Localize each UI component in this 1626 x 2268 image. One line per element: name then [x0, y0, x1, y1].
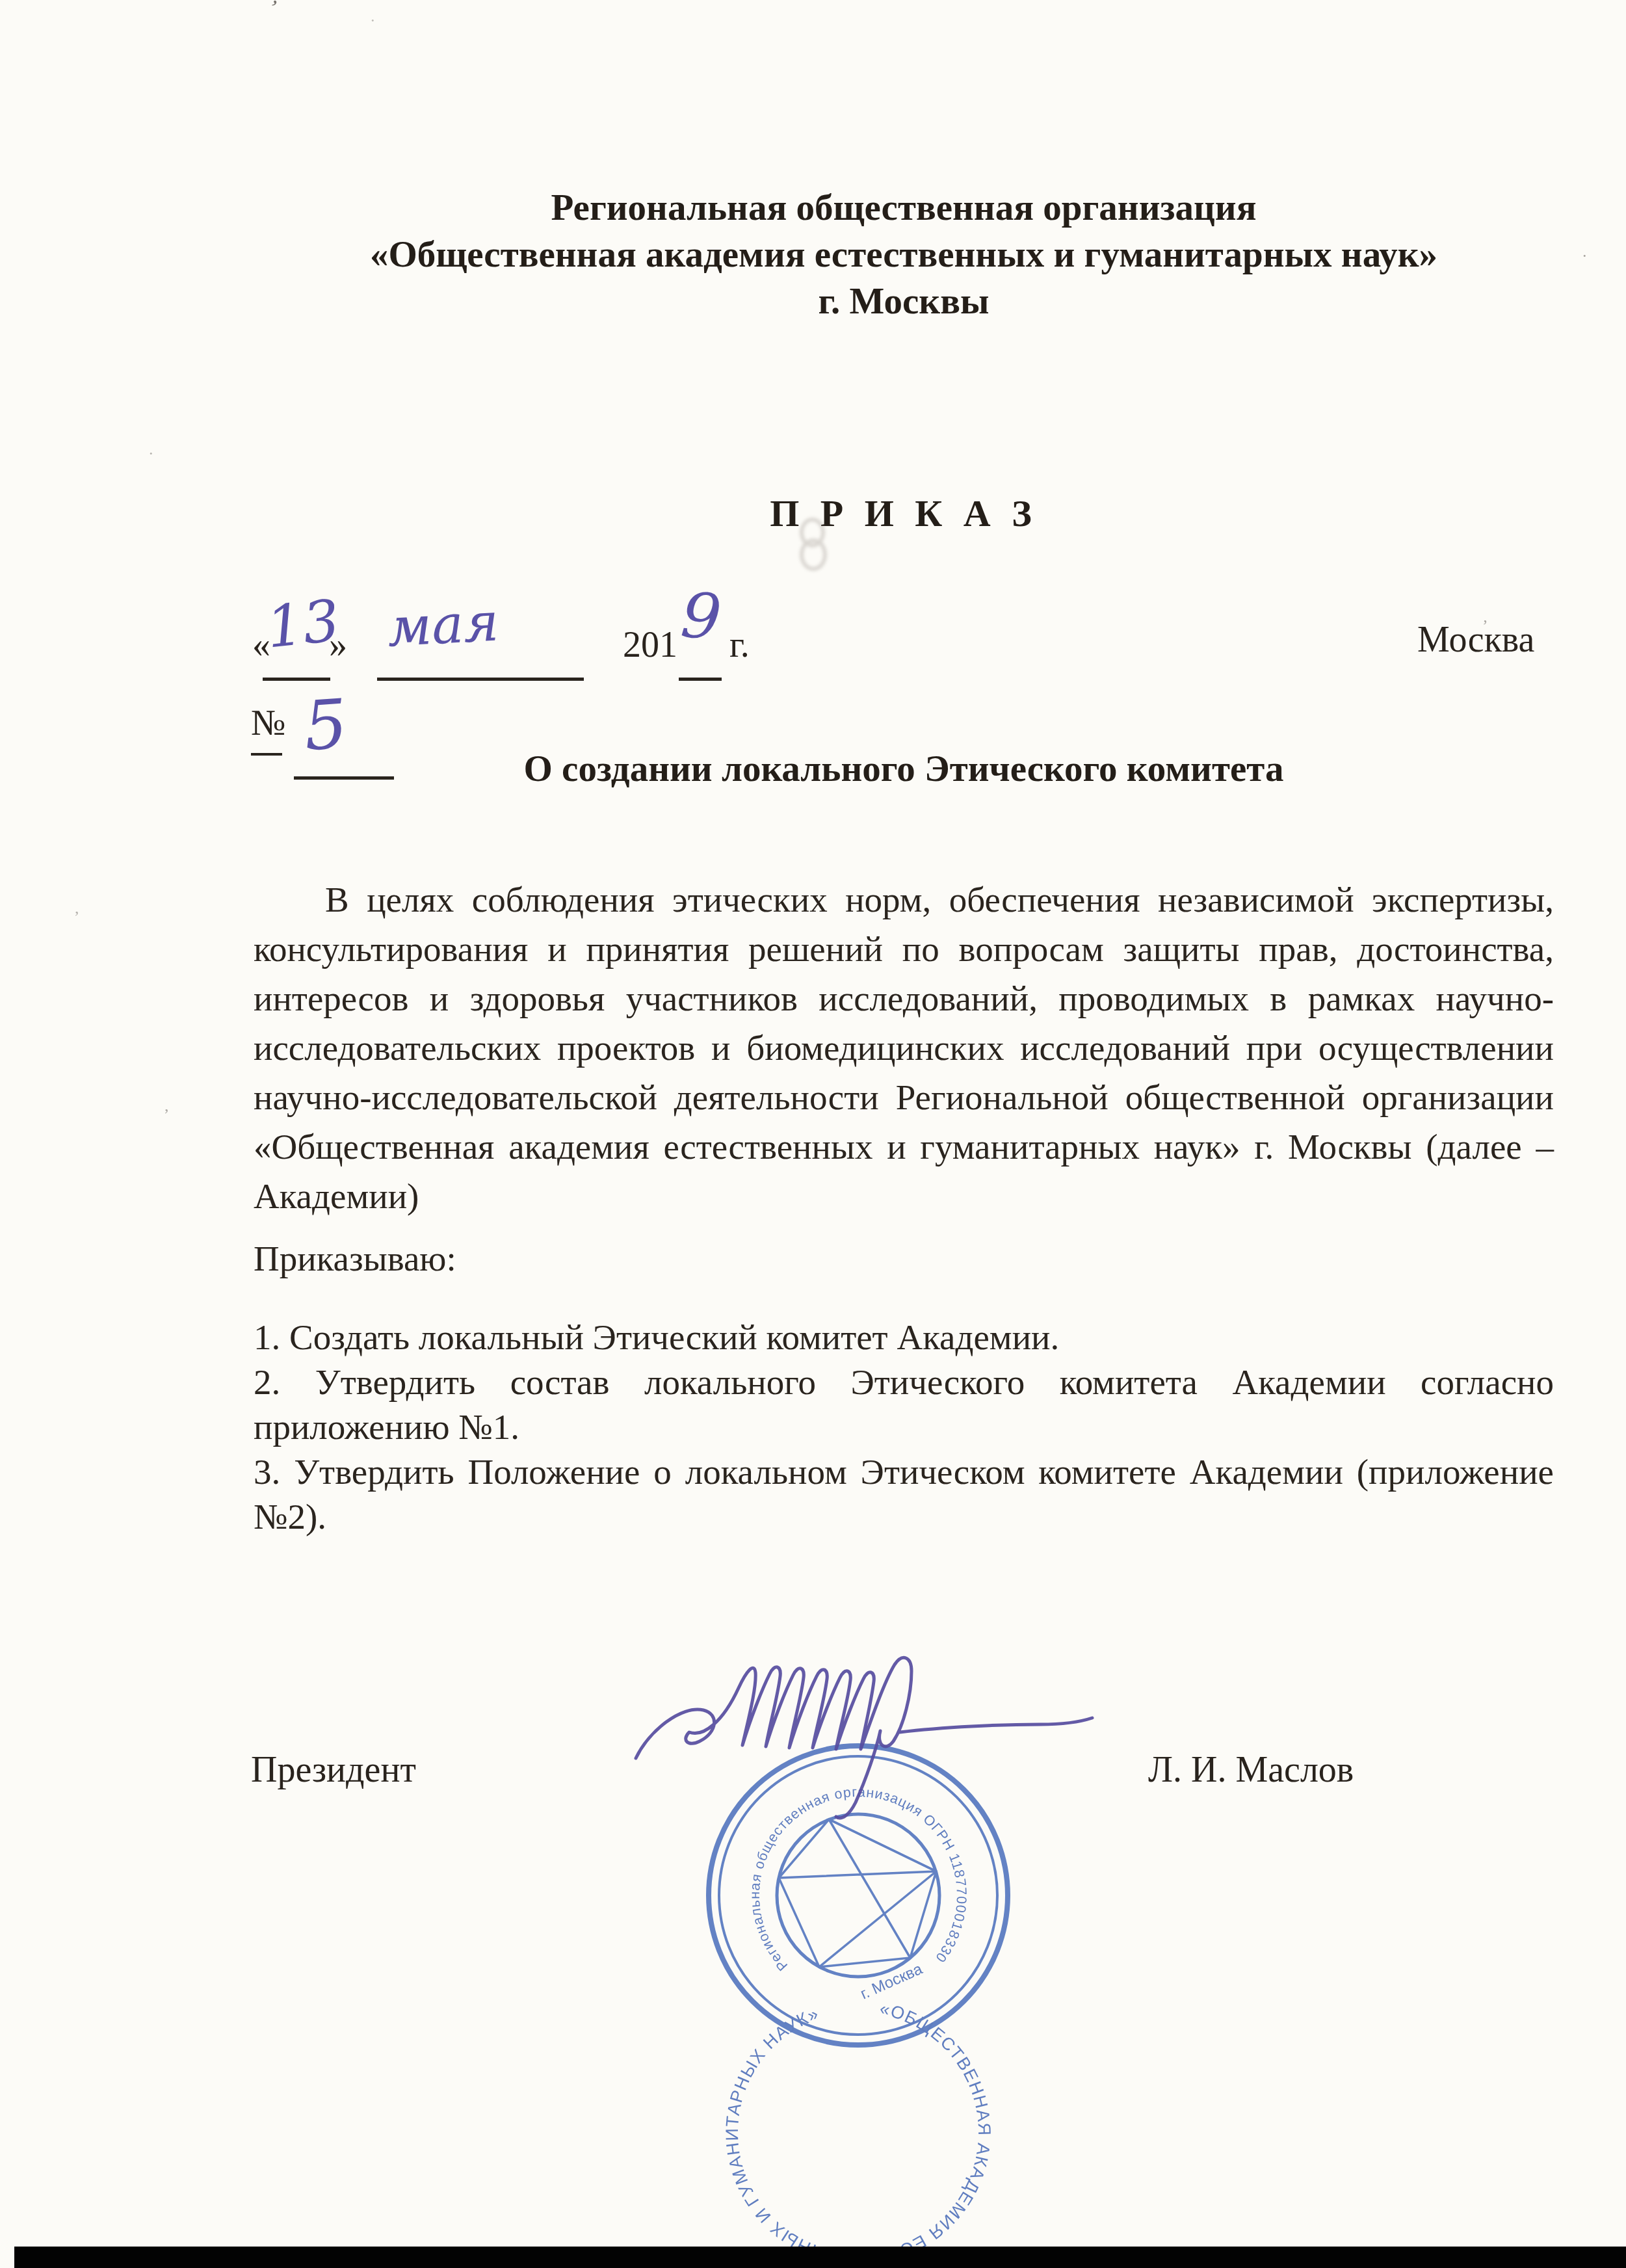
- order-items: 1. Создать локальный Этический комитет А…: [254, 1315, 1554, 1539]
- signatory-name: Л. И. Маслов: [1148, 1749, 1354, 1791]
- order-heading: П Р И К А З: [254, 492, 1554, 535]
- order-number-label: №: [251, 702, 285, 744]
- scan-speck: .: [1582, 242, 1587, 261]
- document-title: О создании локального Этического комитет…: [254, 748, 1554, 790]
- date-year-prefix: 201: [623, 624, 677, 666]
- date-year-underline: [679, 678, 722, 681]
- date-day-underline: [263, 678, 330, 681]
- date-quote-close: »: [329, 624, 347, 666]
- org-header-line2: «Общественная академия естественных и гу…: [254, 231, 1554, 278]
- scan-speck: ’: [265, 0, 280, 21]
- org-header-line3: г. Москвы: [254, 278, 1554, 325]
- scan-bottom-edge: [14, 2247, 1626, 2268]
- seal-ring-text: «ОБЩЕСТВЕННАЯ АКАДЕМИЯ ЕСТЕСТВЕННЫХ И ГУ…: [722, 1999, 994, 2268]
- date-year-digit-handwritten: 9: [678, 579, 724, 655]
- intro-paragraph: В целях соблюдения этических норм, обесп…: [254, 875, 1554, 1221]
- order-item-2: 2. Утвердить состав локального Этическог…: [254, 1360, 1554, 1449]
- date-month-handwritten: мая: [386, 592, 501, 659]
- svg-text:«ОБЩЕСТВЕННАЯ АКАДЕМИЯ ЕСТЕСТВ: «ОБЩЕСТВЕННАЯ АКАДЕМИЯ ЕСТЕСТВЕННЫХ И ГУ…: [722, 1999, 994, 2268]
- scan-speck: .: [149, 440, 153, 459]
- signature-stroke: [605, 1639, 1118, 1840]
- date-city: Москва: [1417, 619, 1534, 661]
- order-item-1: 1. Создать локальный Этический комитет А…: [254, 1315, 1554, 1360]
- order-item-3: 3. Утвердить Положение о локальном Этиче…: [254, 1449, 1554, 1539]
- org-header: Региональная общественная организация «О…: [254, 185, 1554, 325]
- scan-speck: ,: [164, 1096, 169, 1116]
- signatory-role: Президент: [251, 1749, 416, 1791]
- scan-speck: ’: [1482, 616, 1488, 636]
- date-year-suffix: г.: [729, 624, 750, 666]
- scan-speck: ,: [75, 899, 79, 918]
- order-verb: Приказываю:: [254, 1234, 1554, 1284]
- scan-speck: .: [371, 7, 375, 26]
- scanned-order-document: Региональная общественная организация «О…: [0, 0, 1626, 2268]
- seal-city-text: г. Москва: [858, 1960, 925, 2003]
- scan-smudge-artifact: [798, 518, 820, 566]
- org-header-line1: Региональная общественная организация: [254, 185, 1554, 231]
- seal-tetrahedron-logo: [779, 1819, 936, 1967]
- date-month-underline: [377, 678, 584, 681]
